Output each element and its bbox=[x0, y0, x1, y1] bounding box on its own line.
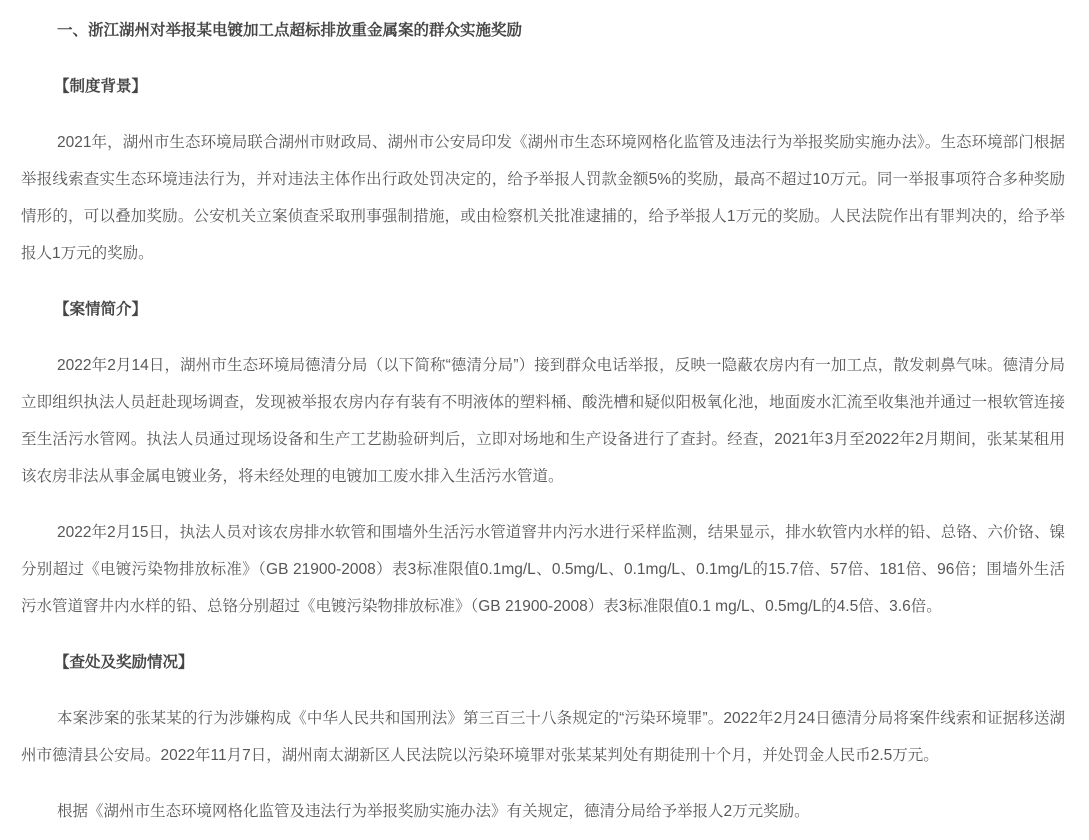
paragraph-punishment-reward-1: 本案涉案的张某某的行为涉嫌构成《中华人民共和国刑法》第三百三十八条规定的“污染环… bbox=[21, 700, 1065, 774]
article-page: 一、浙江湖州对举报某电镀加工点超标排放重金属案的群众实施奖励 【制度背景】 20… bbox=[0, 0, 1089, 840]
section-heading-punishment-reward: 【查处及奖励情况】 bbox=[21, 644, 1065, 681]
paragraph-system-background-1: 2021年，湖州市生态环境局联合湖州市财政局、湖州市公安局印发《湖州市生态环境网… bbox=[21, 124, 1065, 272]
paragraph-case-summary-1: 2022年2月14日，湖州市生态环境局德清分局（以下简称“德清分局”）接到群众电… bbox=[21, 347, 1065, 495]
section-heading-system-background: 【制度背景】 bbox=[21, 68, 1065, 105]
paragraph-case-summary-2: 2022年2月15日，执法人员对该农房排水软管和围墙外生活污水管道窨井内污水进行… bbox=[21, 514, 1065, 625]
section-heading-case-summary: 【案情简介】 bbox=[21, 291, 1065, 328]
paragraph-punishment-reward-2: 根据《湖州市生态环境网格化监管及违法行为举报奖励实施办法》有关规定，德清分局给予… bbox=[21, 793, 1065, 830]
article-title: 一、浙江湖州对举报某电镀加工点超标排放重金属案的群众实施奖励 bbox=[21, 12, 1065, 49]
